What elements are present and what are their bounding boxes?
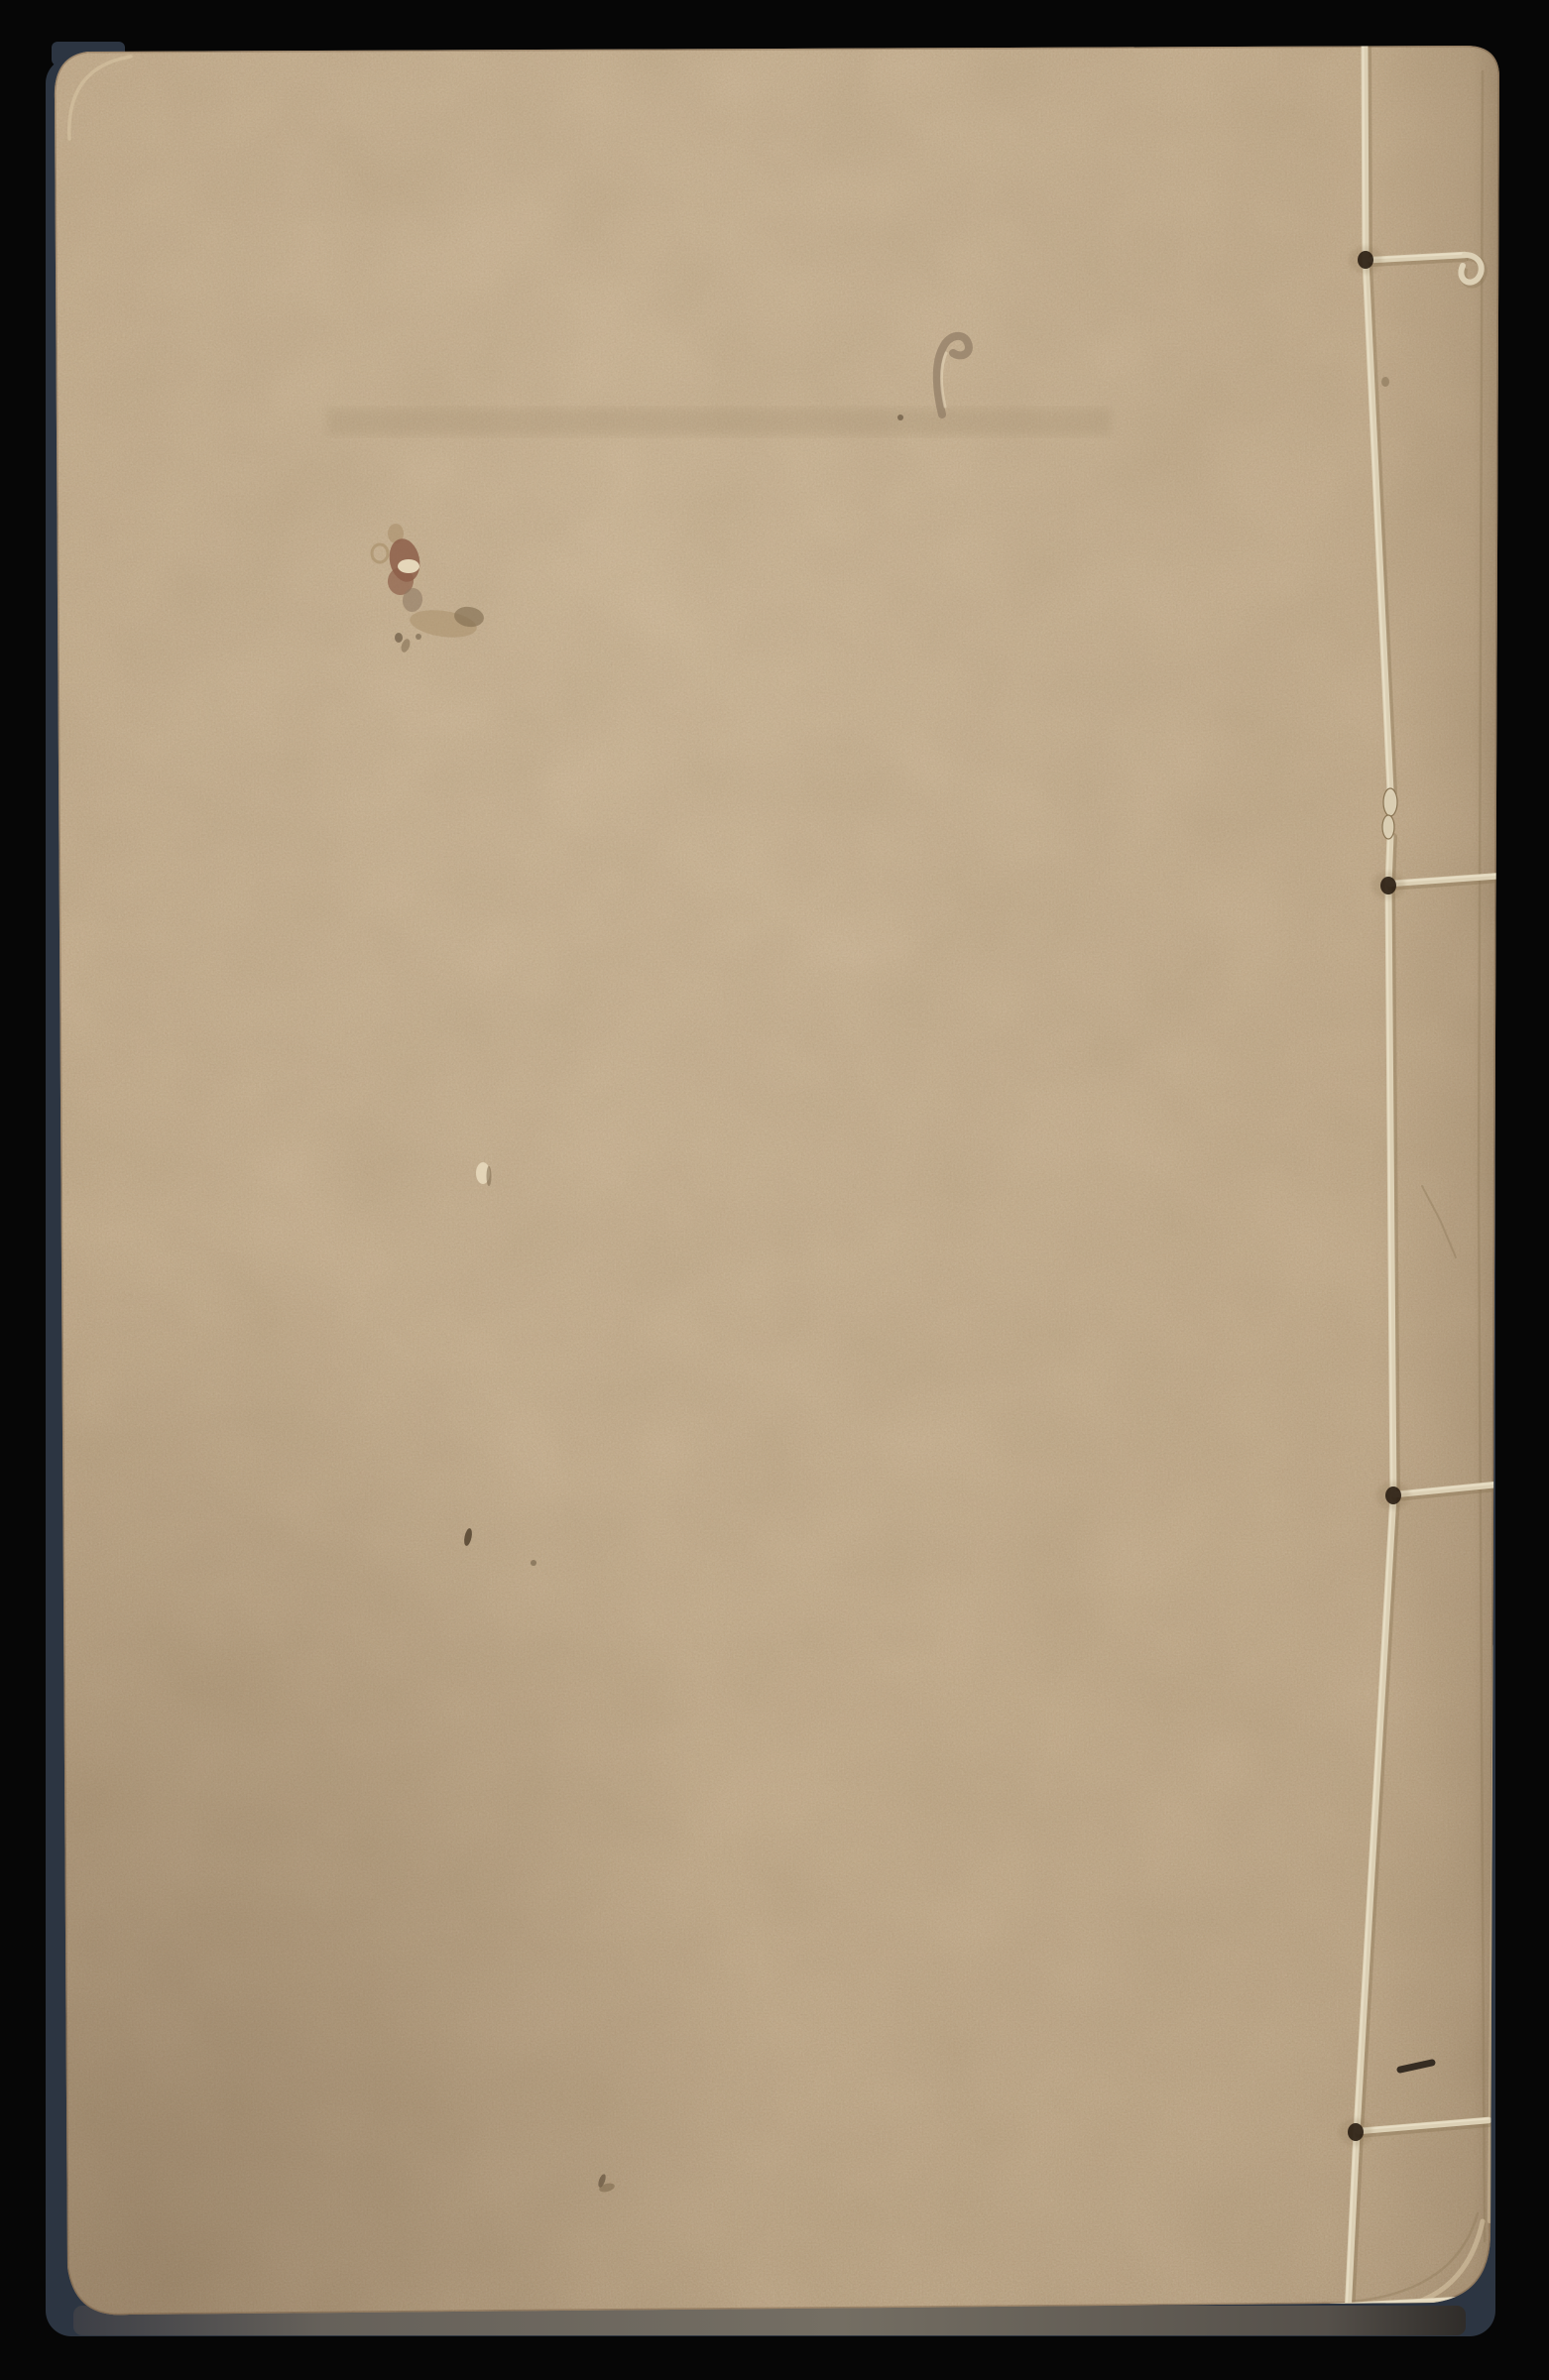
stitch-hole bbox=[1380, 877, 1396, 894]
scan-viewer bbox=[0, 0, 1549, 2380]
cover-surface bbox=[55, 40, 1507, 2320]
ghost-offset-band bbox=[327, 409, 1111, 435]
fiber-speck bbox=[531, 1560, 536, 1566]
thread-highlight bbox=[1364, 46, 1365, 260]
fiber-speck bbox=[897, 415, 903, 420]
fiber-speck bbox=[1381, 377, 1389, 387]
book-scan-image bbox=[0, 0, 1549, 2380]
thread-knot bbox=[1382, 815, 1394, 839]
paper-chip-shadow bbox=[487, 1166, 492, 1186]
stain-speck bbox=[395, 633, 403, 643]
stitch-hole bbox=[1358, 251, 1373, 269]
stain-highlight bbox=[398, 559, 419, 573]
stain-speck bbox=[416, 634, 421, 640]
stitch-hole bbox=[1385, 1487, 1401, 1504]
thread-knot bbox=[1383, 788, 1397, 816]
stitch-hole bbox=[1348, 2123, 1364, 2141]
corner-shade bbox=[55, 45, 1502, 2320]
